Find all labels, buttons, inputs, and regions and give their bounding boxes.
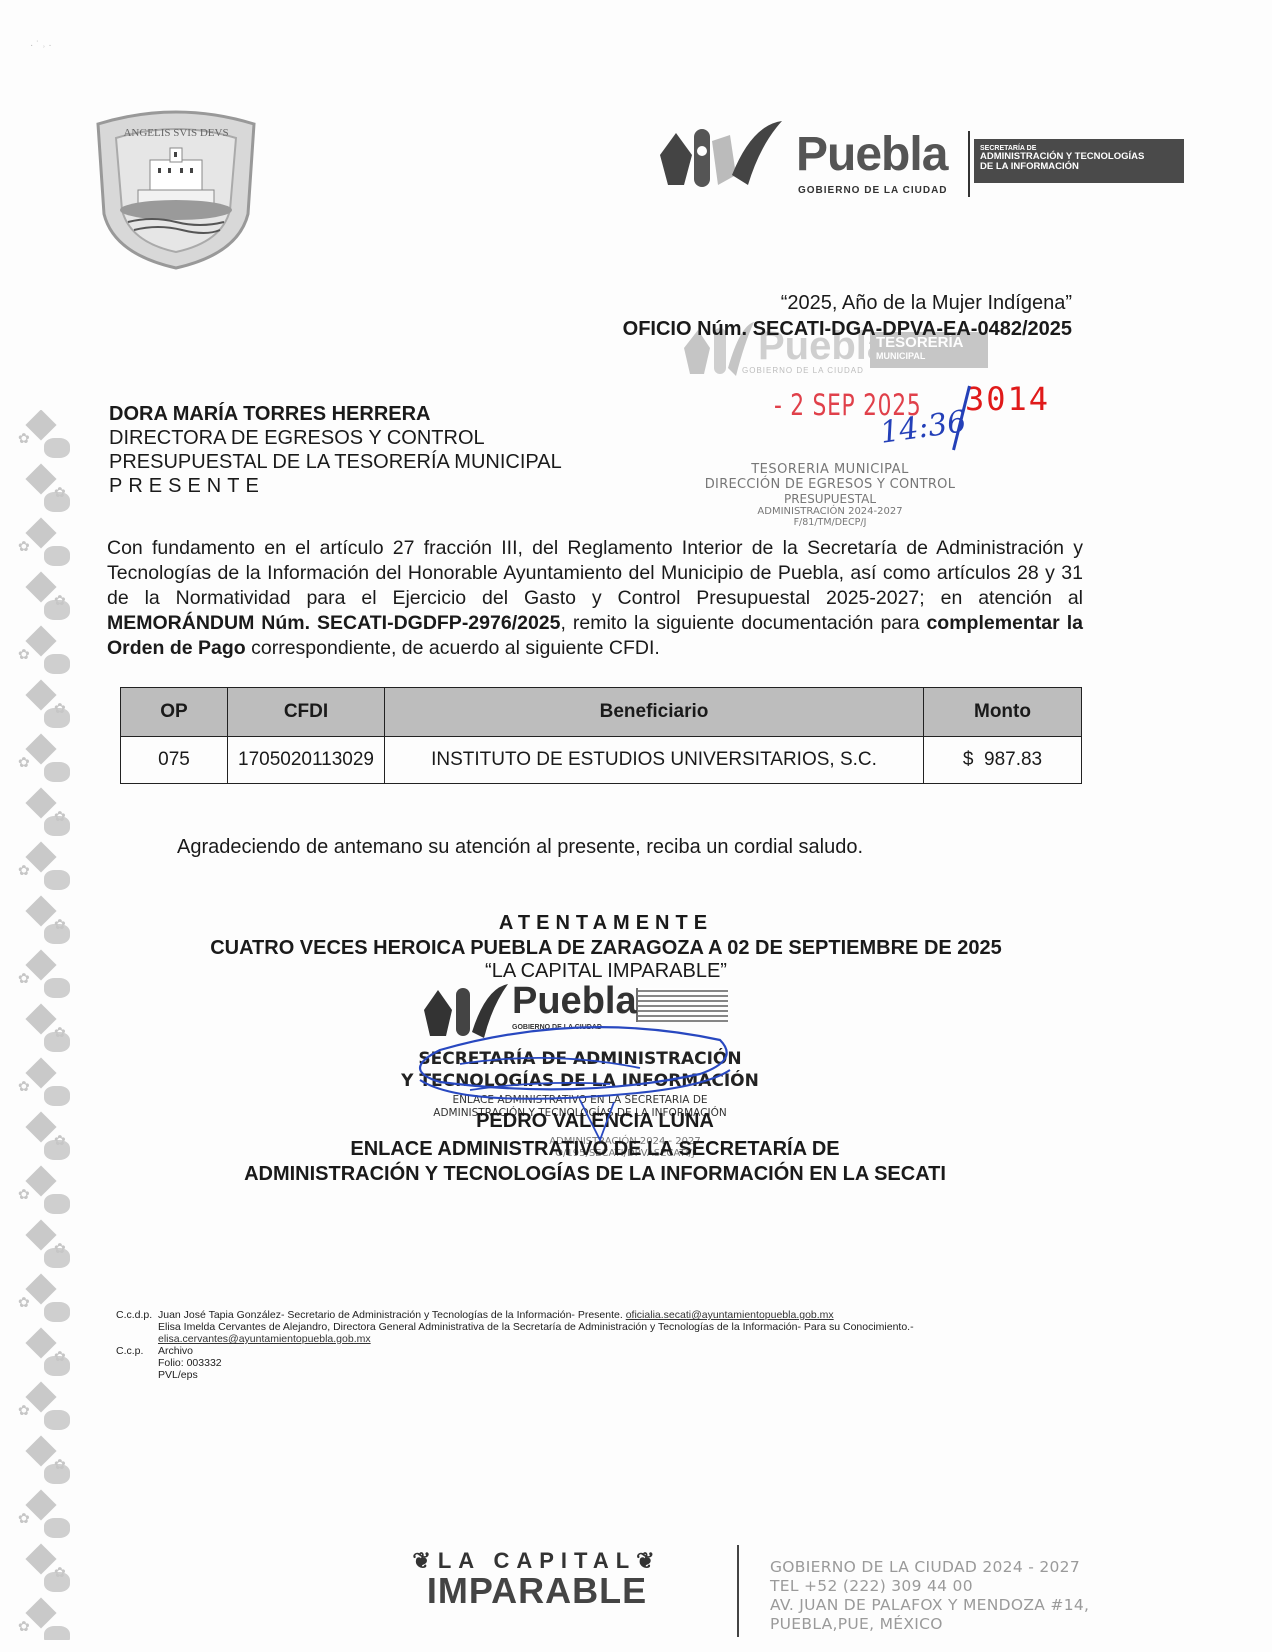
logo-divider — [968, 131, 970, 197]
closing-greeting: Agradeciendo de antemano su atención al … — [177, 836, 863, 859]
column-header-monto: Monto — [924, 688, 1082, 737]
stamp-line: PRESUPUESTAL — [700, 492, 960, 506]
column-header-cfdi: CFDI — [228, 688, 385, 737]
presente-label: PRESENTE — [109, 474, 562, 498]
puebla-emblem-icon — [656, 115, 786, 195]
addressee-block: DORA MARÍA TORRES HERRERA DIRECTORA DE E… — [109, 402, 562, 498]
border-motif: ✿ — [18, 1598, 76, 1640]
atentamente-label: ATENTAMENTE — [0, 912, 1212, 935]
svg-text:ANGELIS SVIS DEVS: ANGELIS SVIS DEVS — [123, 127, 228, 139]
footer-phone: TEL +52 (222) 309 44 00 — [770, 1577, 1089, 1596]
footer-divider — [737, 1545, 739, 1637]
border-motif: ✿ — [18, 1328, 76, 1382]
footer-city: PUEBLA,PUE, MÉXICO — [770, 1615, 1089, 1634]
footer-address: AV. JUAN DE PALAFOX Y MENDOZA #14, — [770, 1596, 1089, 1615]
logo-subtitle: GOBIERNO DE LA CIUDAD — [798, 185, 948, 196]
ccp-label: C.c.p. — [116, 1345, 158, 1357]
border-motif: ✿ — [18, 788, 76, 842]
border-motif: ✿ — [18, 518, 76, 572]
border-motif: ✿ — [18, 1436, 76, 1490]
addressee-title-line2: PRESUPUESTAL DE LA TESORERÍA MUNICIPAL — [109, 450, 562, 474]
stamp-line: F/81/TM/DECP/J — [700, 517, 960, 528]
border-motif: ✿ — [18, 842, 76, 896]
ccdp-label: C.c.d.p. — [116, 1309, 158, 1321]
border-motif: ✿ — [18, 1220, 76, 1274]
ccp-initials: PVL/eps — [158, 1369, 198, 1381]
border-motif: ✿ — [18, 734, 76, 788]
cell-beneficiario: INSTITUTO DE ESTUDIOS UNIVERSITARIOS, S.… — [385, 737, 924, 784]
ccp-folio: Folio: 003332 — [158, 1357, 222, 1369]
footer-logo-bottom: IMPARABLE — [392, 1574, 682, 1608]
secretaria-line2: DE LA INFORMACIÓN — [980, 162, 1184, 172]
signer-title-line2: ADMINISTRACIÓN Y TECNOLOGÍAS DE LA INFOR… — [0, 1162, 1190, 1187]
stamp-line: TESORERIA MUNICIPAL — [700, 462, 960, 477]
memo-reference: MEMORÁNDUM Núm. SECATI-DGDFP-2976/2025 — [107, 612, 561, 634]
copies-block: C.c.d.p.Juan José Tapia González- Secret… — [116, 1309, 914, 1381]
border-motif: ✿ — [18, 626, 76, 680]
border-motif: ✿ — [18, 572, 76, 626]
city-crest-logo: ANGELIS SVIS DEVS — [88, 104, 264, 270]
stamp-line: DIRECCIÓN DE EGRESOS Y CONTROL — [700, 477, 960, 492]
stamp-logo-subtitle: GOBIERNO DE LA CIUDAD — [742, 366, 864, 375]
border-motif: ✿ — [18, 1382, 76, 1436]
border-motif: ✿ — [18, 680, 76, 734]
body-text-part2: , remito la siguiente documentación para — [561, 612, 927, 634]
footer-contact-info: GOBIERNO DE LA CIUDAD 2024 - 2027 TEL +5… — [770, 1558, 1089, 1634]
footer-line: GOBIERNO DE LA CIUDAD 2024 - 2027 — [770, 1558, 1089, 1577]
addressee-title-line1: DIRECTORA DE EGRESOS Y CONTROL — [109, 426, 562, 450]
ccdp-line2: Elisa Imelda Cervantes de Alejandro, Dir… — [158, 1321, 914, 1333]
border-motif: ✿ — [18, 1274, 76, 1328]
column-header-beneficiario: Beneficiario — [385, 688, 924, 737]
column-header-op: OP — [121, 688, 228, 737]
ccdp-email-link[interactable]: elisa.cervantes@ayuntamientopuebla.gob.m… — [158, 1333, 371, 1345]
capital-imparable-logo: ❦LA CAPITAL❦ IMPARABLE — [392, 1548, 682, 1608]
scan-artifact: · ˙ ˒ · — [30, 40, 52, 51]
table-row: 075 1705020113029 INSTITUTO DE ESTUDIOS … — [121, 737, 1082, 784]
cell-monto: $ 987.83 — [924, 737, 1082, 784]
border-motif: ✿ — [18, 410, 76, 464]
decorative-border: ✿✿✿✿✿✿✿✿✿✿✿✿✿✿✿✿✿✿✿✿✿✿✿ — [18, 410, 76, 1640]
oficio-number: OFICIO Núm. SECATI-DGA-DPVA-EA-0482/2025 — [623, 318, 1072, 341]
ccdp-email-link[interactable]: oficialia.secati@ayuntamientopuebla.gob.… — [626, 1309, 834, 1321]
reception-stamp-text: TESORERIA MUNICIPAL DIRECCIÓN DE EGRESOS… — [700, 462, 960, 528]
addressee-name: DORA MARÍA TORRES HERRERA — [109, 402, 562, 426]
handwritten-signature — [400, 1010, 760, 1160]
body-text-part1: Con fundamento en el artículo 27 fracció… — [107, 537, 1083, 609]
folio-stamp: 3014 — [965, 380, 1050, 418]
stamp-line: ADMINISTRACIÓN 2024-2027 — [700, 506, 960, 517]
secretaria-label: SECRETARÍA DE ADMINISTRACIÓN Y TECNOLOGÍ… — [974, 139, 1184, 183]
cell-op: 075 — [121, 737, 228, 784]
stamp-box-line2: MUNICIPAL — [876, 351, 988, 361]
border-motif: ✿ — [18, 464, 76, 518]
border-motif: ✿ — [18, 1544, 76, 1598]
place-and-date: CUATRO VECES HEROICA PUEBLA DE ZARAGOZA … — [0, 937, 1212, 960]
cell-cfdi: 1705020113029 — [228, 737, 385, 784]
puebla-header-logo: Puebla GOBIERNO DE LA CIUDAD SECRETARÍA … — [656, 115, 1186, 205]
border-motif: ✿ — [18, 1490, 76, 1544]
cfdi-table: OP CFDI Beneficiario Monto 075 170502011… — [120, 687, 1082, 784]
logo-word: Puebla — [796, 127, 947, 182]
body-paragraph: Con fundamento en el artículo 27 fracció… — [107, 536, 1083, 661]
year-motto: “2025, Año de la Mujer Indígena” — [781, 292, 1072, 315]
table-header-row: OP CFDI Beneficiario Monto — [121, 688, 1082, 737]
ccdp-line1: Juan José Tapia González- Secretario de … — [158, 1309, 623, 1321]
body-text-part3: correspondiente, de acuerdo al siguiente… — [246, 637, 660, 659]
ccp-line1: Archivo — [158, 1345, 193, 1357]
